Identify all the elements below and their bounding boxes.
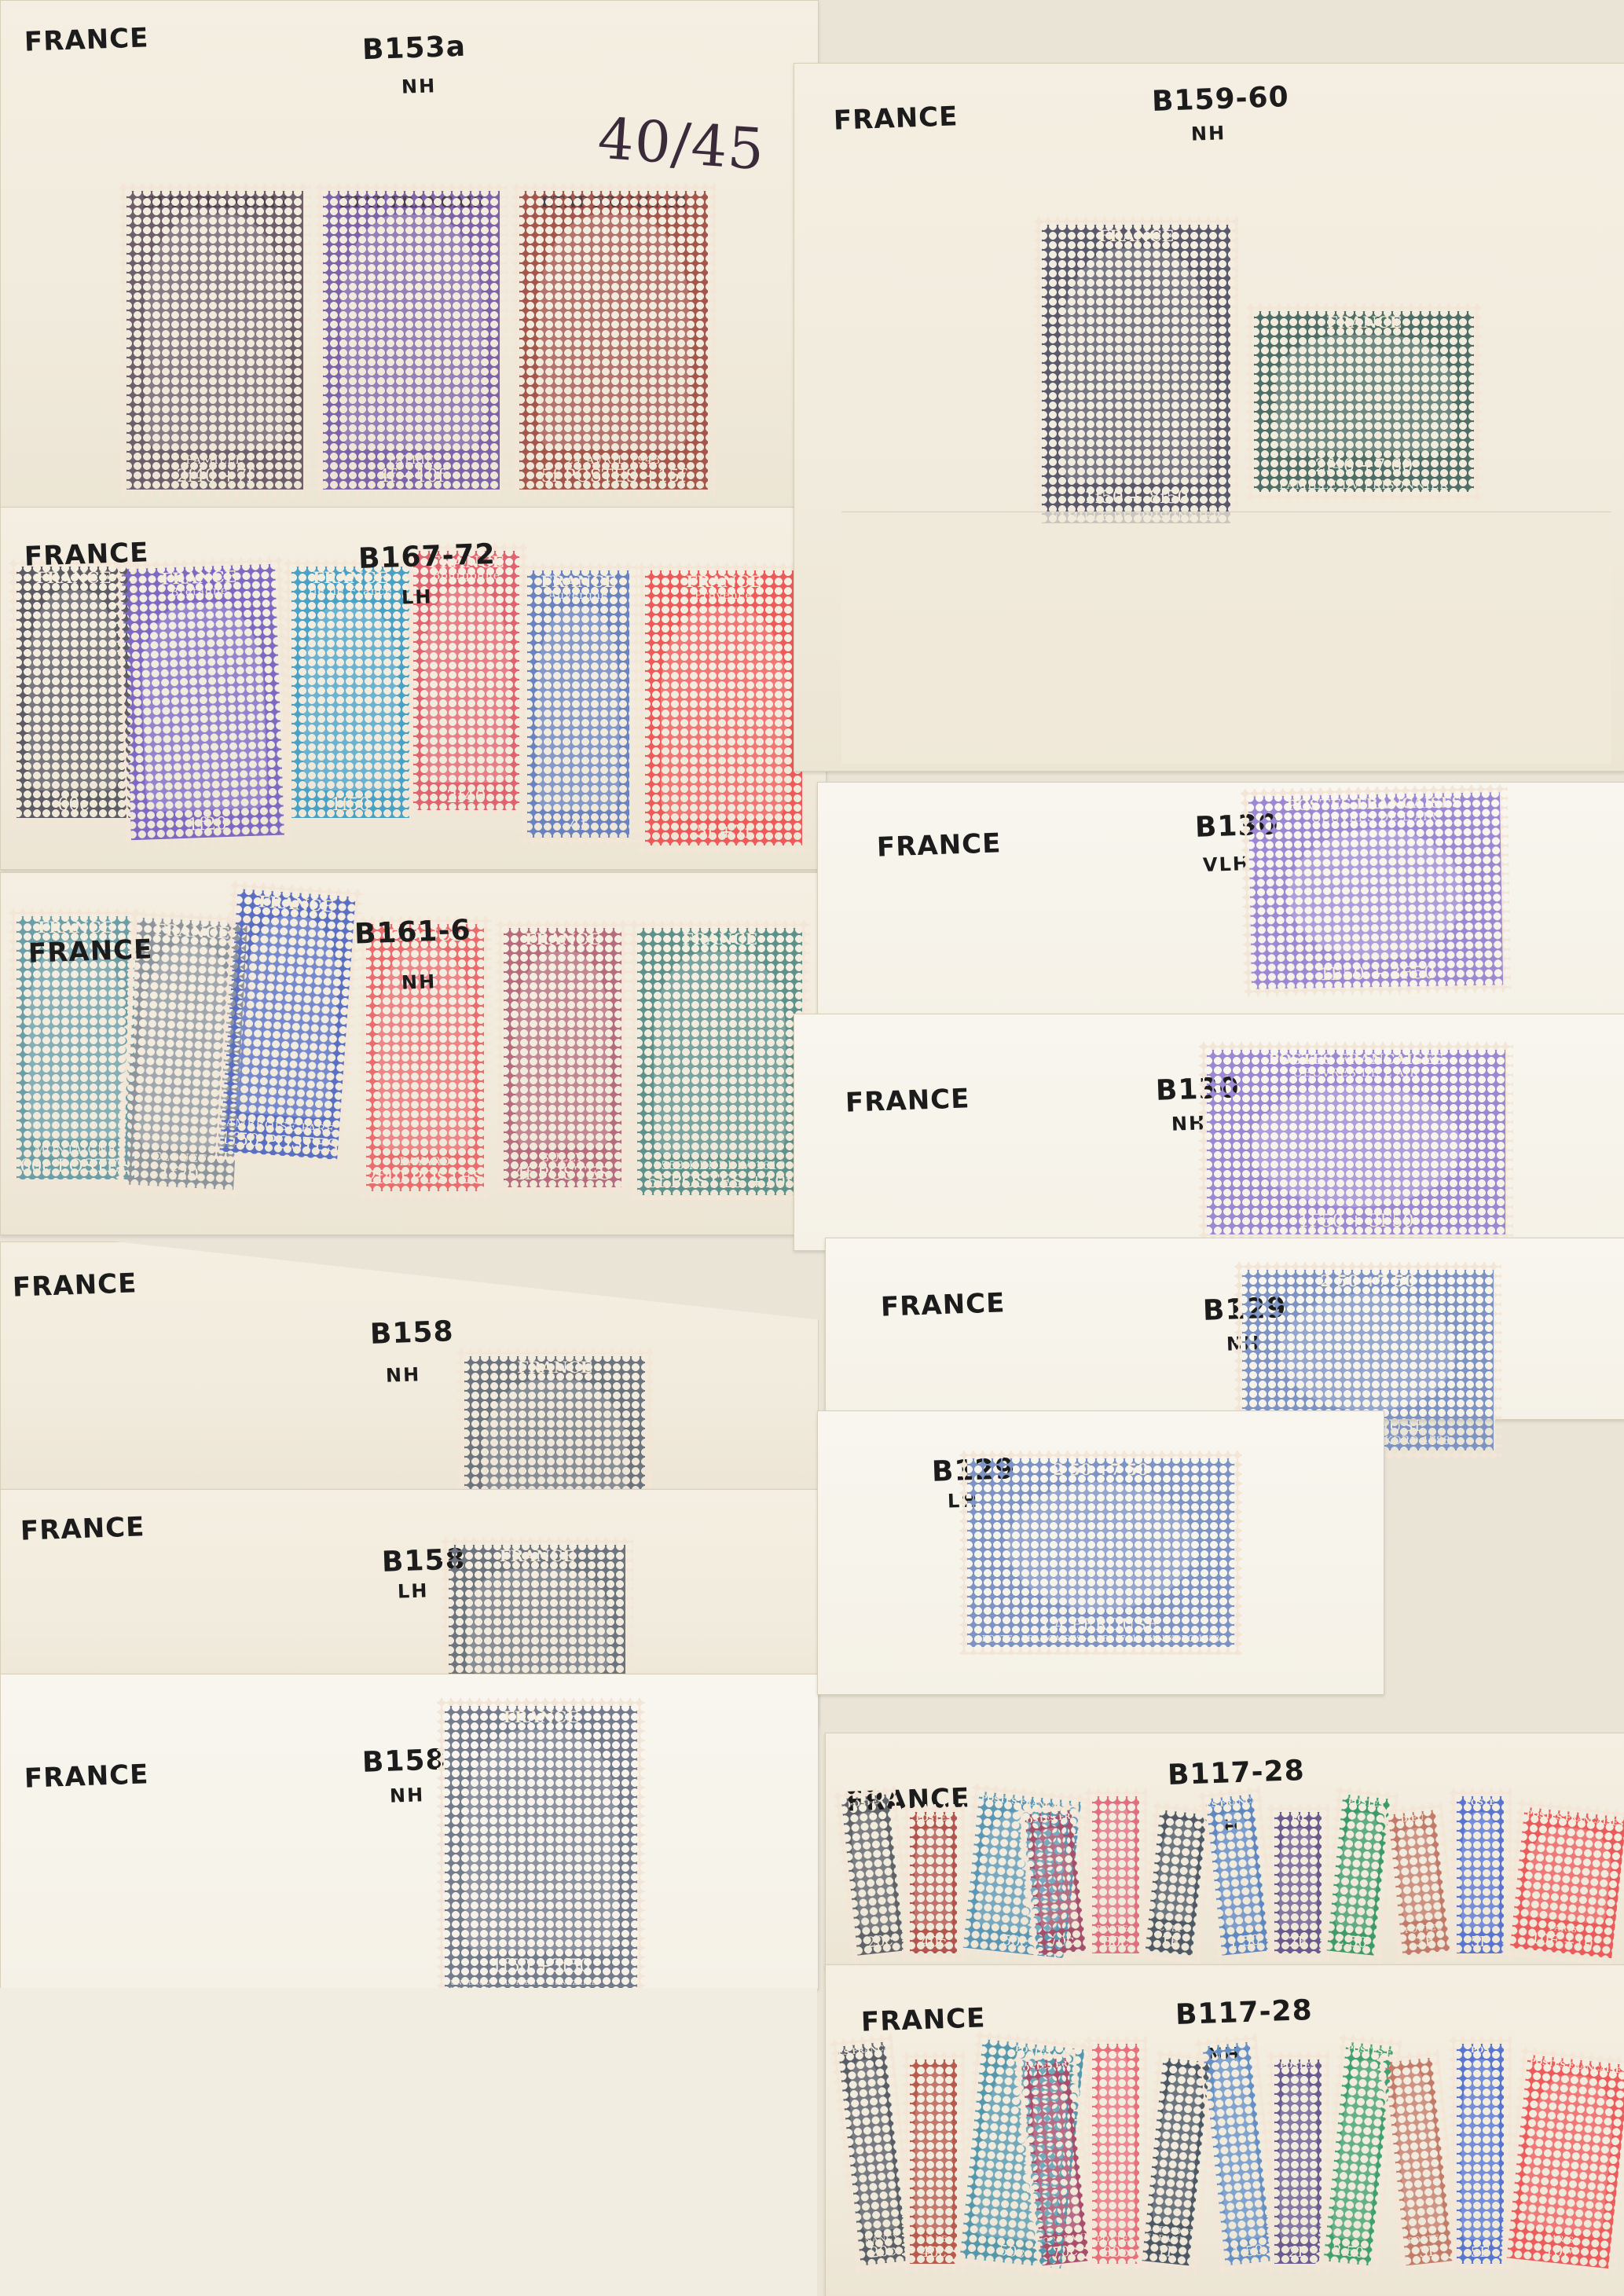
stamp-caption: SULLY	[541, 1152, 583, 1165]
stamp-value: 1f20	[159, 1163, 200, 1188]
stamp[interactable]: POSTES FRANCAISESOEUVRES DE L'AIR1F50 + …	[1199, 1042, 1513, 1242]
sleeve-b167-72[interactable]: FRANCE60c FRANCEBretagne1f20 FRANCEIle d…	[0, 507, 827, 870]
country-label: FRANCE	[876, 827, 1002, 864]
stamp-caption: 24 AVRIL 1943	[566, 454, 661, 467]
stamp-face: POSTES40c	[910, 1812, 957, 1953]
stamp[interactable]: ETAT FRANCAIS FAMILLE 2f40 +7f	[119, 183, 311, 497]
stamp-value: 5f POSTES +15f	[541, 467, 686, 490]
stamp-face: POSTES80c	[1092, 2044, 1139, 2264]
stamp[interactable]: POSTES FRANCAISES1.50	[1197, 1785, 1278, 1964]
stamp-design	[1061, 248, 1212, 483]
stamp-value: 2F	[1289, 2244, 1307, 2264]
stamp-header: ETAT FRANCAIS	[541, 191, 686, 210]
stamp-value: 2f40	[446, 787, 486, 810]
stamp-design	[1151, 2066, 1204, 2224]
stamp-value: 1F50 + 3F50	[1319, 963, 1435, 988]
stamp-value: 2f40 +7f	[177, 467, 254, 490]
stamp-face: CLEP1F	[1146, 1810, 1207, 1955]
stamp-header: FRANCE	[1326, 311, 1402, 330]
stamp[interactable]: FRANCE1f50 + 8f50FAMILLE DU PRISONNIER	[1034, 217, 1238, 531]
stamp-header: FRANCE	[38, 916, 113, 935]
stamp-design	[145, 215, 286, 449]
stamp-face: POSTES FRANCAISES1.50	[1205, 1794, 1269, 1955]
country-label: FRANCE	[20, 1511, 145, 1547]
country-label: FRANCE	[845, 1083, 970, 1119]
stamp-design	[1395, 1826, 1442, 1922]
stamp-header: 2 50 +7 50	[1320, 1270, 1415, 1289]
catalog-number: B159-60	[1151, 81, 1289, 118]
stamp-design	[1391, 2066, 1445, 2232]
stamp-design	[138, 600, 268, 812]
stamp-caption: LILLE	[919, 2235, 948, 2244]
stamp-face: POSTES3F	[1385, 2058, 1454, 2266]
stamp-header: POS	[1471, 2044, 1489, 2055]
stamp-caption: MONTAIGNE	[35, 1144, 117, 1157]
stamp-header: POSTES FRANCAISES	[1526, 1807, 1624, 1828]
stamp-caption: FAMILLE DV PRISONNIER	[1279, 479, 1449, 492]
stamp-value: 1f20	[187, 814, 227, 838]
sleeve-b129-nh[interactable]: FRANCE B129 NH 2 50 +7 50LA PEROUSEALBI …	[825, 1238, 1624, 1420]
stamp-design	[1461, 2059, 1499, 2239]
stamp-design	[1097, 1804, 1135, 1920]
stamp-design	[661, 607, 786, 818]
stamp-header: 2 50 +7 50	[1053, 1458, 1148, 1477]
stamp-value: 20c	[870, 2243, 897, 2265]
stamp-value: 5f +7f	[696, 823, 751, 845]
stamp[interactable]: FRANCE1553 HENRI IV 16105f POSTES +10f	[629, 920, 810, 1203]
stamp-value: 5F	[1471, 1934, 1490, 1953]
catalog-number: B161-6	[354, 914, 471, 950]
condition-label: NH	[401, 970, 437, 994]
stamp[interactable]: FRANCEBAYARD2f40 POSTES	[358, 916, 492, 1199]
stamp-value: 2.50	[1332, 2242, 1365, 2265]
stamp-face: POSTES20c	[841, 1794, 905, 1955]
stamp-caption: Auvergne	[548, 589, 608, 602]
stamp-design	[1208, 2050, 1265, 2241]
stamp[interactable]: DIEUPOSTES3F	[1380, 1801, 1458, 1964]
stamp-face: ETAT FRANCAIS FAMILLE 2f40 +7f	[126, 191, 303, 490]
stamp-value: 60c	[57, 795, 89, 818]
catalog-number: B158	[369, 1315, 454, 1351]
stamp-design	[1461, 1812, 1499, 1929]
stamp-header: FRANCE	[682, 928, 757, 947]
stamp[interactable]: POSTE5F	[1449, 1788, 1512, 1961]
stamp-header: POSTES FRANCAISES	[838, 2042, 908, 2061]
sleeve-b117-28-h[interactable]: FRANCE B117-28 H POSTES20cPOSTES40cPOSTE…	[825, 1733, 1624, 1970]
stamp[interactable]: FRANCEBourgogne2f40	[405, 543, 527, 818]
stamp-caption: PATRIE	[388, 454, 434, 467]
stamp-face: POSTES FRANCAISESPARIS10F	[1507, 2055, 1624, 2268]
stamp-design	[1252, 1084, 1461, 1207]
sleeve-b117-28-nh[interactable]: FRANCE B117-28 NH POSTES FRANCAISESNANCY…	[825, 1964, 1624, 2296]
sleeve-b159-60[interactable]: FRANCE B159-60 NH FRANCE1f50 + 8f50FAMIL…	[794, 63, 1624, 772]
stamp-header: POSTES FRANCAISES	[1205, 1794, 1269, 1813]
stamp-header: FRANCE	[500, 1545, 575, 1564]
stamp-value: 40c	[921, 1934, 947, 1953]
stamp-header: FRANCE	[1098, 225, 1174, 244]
stamp[interactable]: POSTES FRANCAISESPARIS10F +10	[1501, 1799, 1624, 1968]
stamp-face: ETAT FRANCAIS PATRIE 4f +10f	[323, 191, 500, 490]
stamp-strip: ETAT FRANCAIS FAMILLE 2f40 +7f ETAT FRAN…	[119, 183, 716, 497]
stamp-face: POSTES FRANCAISESNANCY20c	[838, 2042, 908, 2266]
stamp-value: POSTES FRANCAISES · ALBI 1741 · VANIKORO…	[982, 1634, 1220, 1647]
stamp[interactable]: FRANCEAuvergne4f	[519, 563, 637, 845]
stamp-value: 1f50 + 8f50	[1084, 488, 1189, 511]
stamp[interactable]: POSTES80c	[1084, 1788, 1147, 1961]
condition-label: NH	[401, 75, 437, 98]
stamp-header: DIEU	[1400, 1811, 1424, 1825]
stamp-design	[1097, 2052, 1135, 2231]
country-label: FRANCE	[880, 1287, 1006, 1323]
stamp-value: 40c	[921, 2244, 947, 2264]
stamp-header: POSTES	[915, 1812, 951, 1823]
stamp-header: FRANCE	[541, 570, 616, 589]
country-label: FRANCE	[27, 933, 153, 970]
country-label: FRANCE	[833, 101, 959, 137]
stamp-header: POSTES FRA	[1025, 1810, 1077, 1826]
stamp-value: 80c	[1103, 1934, 1129, 1953]
stamp-design	[1276, 335, 1452, 452]
stamp-header: FRANCE	[161, 565, 237, 586]
stamp-value: 3F	[1419, 2243, 1439, 2264]
stamp-caption: POSTES	[1097, 2235, 1135, 2244]
stamp-design	[915, 2067, 952, 2231]
stamp-caption: Bretagne	[170, 585, 229, 600]
stamp-value: 5f POSTES +10f	[647, 1172, 792, 1195]
stamp-value: 1.50	[1231, 2242, 1264, 2265]
stamp[interactable]: ETAT FRANCAIS PATRIE 4f +10f	[315, 183, 508, 497]
stamp[interactable]: FRANCESULLY4f POSTES	[496, 920, 629, 1195]
stamp-face: LILLE40c	[910, 2059, 957, 2264]
stamp-design	[234, 913, 342, 1119]
stamp-header: POSTES	[847, 1795, 884, 1810]
stamp-value: 1F	[1157, 2243, 1177, 2264]
stamp-design	[1212, 1810, 1261, 1931]
stamp-header: POSTES FRANCAISES	[1529, 2055, 1624, 2076]
stamp-design	[1280, 1293, 1456, 1411]
stamp[interactable]: POSTES20c	[833, 1785, 914, 1964]
stamp-design	[28, 940, 123, 1139]
stamp-design	[537, 607, 619, 810]
stamp-value: 20c	[866, 1932, 893, 1954]
stamp-value: 2f40 POSTES	[366, 1168, 484, 1191]
stamp-value: 4f	[570, 815, 587, 838]
stamp-face: 1.50	[1202, 2042, 1272, 2266]
stamp-design	[915, 1828, 952, 1929]
stamp-fan: POSTES20cPOSTES40cPOSTES FRANCAISES50cPO…	[841, 1788, 1624, 1969]
stamp-design	[1334, 1810, 1384, 1931]
stamp-header: FRANCE	[686, 570, 761, 589]
stamp-header: PO	[1292, 1812, 1304, 1823]
stamp-design	[1520, 2071, 1618, 2235]
stamp-face: POS5F	[1457, 2044, 1504, 2264]
stamp-design	[848, 1810, 897, 1931]
stamp-value: 1.50	[1228, 1931, 1261, 1954]
stamp[interactable]: POSTES FRANCAISESOEUVRES DE L'AIR1F50 + …	[1241, 784, 1512, 997]
stamp-design	[1007, 1482, 1194, 1610]
stamp-value: 70c	[1047, 1932, 1075, 1954]
stamp-value: 10F	[1544, 2243, 1574, 2265]
stamp-value: 5F	[1471, 2244, 1490, 2264]
catalog-number: B167-72	[357, 538, 496, 575]
catalog-number: B158	[361, 1744, 446, 1779]
stamp-value: 70c	[1050, 2243, 1078, 2265]
stamp-design	[28, 590, 119, 790]
stamp-header: POSTE	[1465, 1796, 1495, 1807]
stamp-design	[1027, 2074, 1080, 2232]
catalog-number: B117-28	[1175, 1994, 1313, 2031]
sleeve-b153a[interactable]: FRANCE B153a NH 40/45 ETAT FRANCAIS FAMI…	[0, 0, 819, 512]
stamp-design	[424, 587, 509, 783]
stamp-design	[467, 1568, 608, 1674]
sleeve-b130-nh[interactable]: FRANCE B130 NH POSTES FRANCAISESOEUVRES …	[794, 1014, 1624, 1251]
stamp-face: POSTES2F	[1274, 2059, 1322, 2264]
stamp-design	[464, 1729, 618, 1952]
stamp-header: FRANCE	[504, 1706, 579, 1725]
stamp-header: ETAT FRANCAIS	[339, 191, 484, 210]
stamp-design	[1287, 827, 1465, 961]
stamp-header: POSTES	[1280, 2059, 1316, 2070]
stamp-design	[538, 215, 689, 449]
stamp-value: 1f50 +3f50	[492, 1957, 591, 1979]
stamp-face: POSTES FRANCAISESPARIS10F +10	[1510, 1807, 1624, 1959]
price-note: 40/45	[596, 105, 767, 183]
stamp-caption: FAMILLE	[185, 454, 244, 467]
stamp-header: FRANCE	[525, 928, 600, 947]
stamp[interactable]: FRANCEIle de France1f50	[284, 559, 417, 826]
stamp-face: ETAT FRANCAIS 24 AVRIL 1943 5f POSTES +1…	[519, 191, 708, 490]
catalog-number: B153a	[361, 31, 466, 67]
stamp-design	[1153, 1818, 1201, 1922]
condition-label: NH	[390, 1784, 425, 1807]
bottom-left-sleeve	[0, 1988, 817, 2296]
condition-label: NH	[386, 1363, 421, 1387]
stamp-header: POSTES FRANCAISES	[1268, 1050, 1443, 1067]
stamp-value: 1F	[1160, 1932, 1180, 1953]
stamp[interactable]: FRANCEBretagne1f20	[114, 556, 293, 848]
stamp-header: FRANCE	[154, 919, 230, 941]
stamp-value: 4f POSTES	[515, 1165, 611, 1187]
stamp[interactable]: FRANCE2f40 +7.60FAMILLE DV PRISONNIER	[1246, 303, 1482, 500]
stamp-caption: BAYARD	[399, 1156, 451, 1168]
stamp-caption: OEUVRES DE L'AIR	[1293, 1067, 1419, 1080]
sleeve-b130-vlh[interactable]: FRANCE B130 VLH POSTES FRANCAISESOEUVRES…	[817, 782, 1624, 1019]
stamp-value: 80c	[1103, 2244, 1129, 2264]
stamp[interactable]: FRANCEAMBROISE PARE1f50 POSTES	[211, 881, 364, 1168]
stamp-caption: 1553 HENRI IV 1610	[654, 1160, 786, 1172]
sleeve-b161-6[interactable]: FRANCEMONTAIGNE60c POSTES FRANCECLOUET1f…	[0, 872, 819, 1235]
stamp-value: 1f50	[331, 795, 370, 818]
stamp-design	[341, 215, 482, 449]
sleeve-b158-nh-1[interactable]: FRANCE B158 NH FRANCE1f50 +3f50	[0, 1242, 819, 1502]
stamp-caption: POSTES	[1097, 1925, 1135, 1934]
stamp[interactable]: ETAT FRANCAIS 24 AVRIL 1943 5f POSTES +1…	[511, 183, 716, 497]
stamp-header: FRANCE	[258, 890, 334, 915]
stamp-header: FRANCE	[517, 1356, 592, 1375]
stamp[interactable]: POSTES FRANCAISESPARIS10F	[1498, 2046, 1624, 2277]
condition-label: NH	[1191, 122, 1226, 145]
stamp-face: PO2F	[1274, 1812, 1322, 1953]
sleeve-b129-lh[interactable]: B129 LH 2 50 +7 50LA PEROUSEPOSTES FRANC…	[817, 1410, 1384, 1695]
stamp-value: 2F	[1289, 1934, 1307, 1953]
stamp[interactable]: FRANCEProvence5f +7f	[637, 563, 810, 853]
stamp-value: 50c	[1001, 1932, 1028, 1954]
stamp-fan: POSTES FRANCAISESNANCY20cLILLE40cPOSTES5…	[841, 2036, 1624, 2287]
stamp-caption: OEUVRES DE L'AIR	[1311, 811, 1437, 826]
condition-label: LH	[398, 1579, 429, 1602]
stamp[interactable]: 2 50 +7 50LA PEROUSEPOSTES FRANCAISES · …	[959, 1451, 1242, 1655]
stamp-caption: Ile de France	[308, 585, 392, 598]
catalog-number: B117-28	[1167, 1755, 1305, 1792]
lower-sleeve-strip	[841, 512, 1611, 764]
country-label: FRANCE	[24, 1759, 149, 1795]
stamp-header: ETAT FRANCAIS	[142, 191, 288, 210]
stamp-value: 4f +10f	[379, 467, 445, 490]
country-label: FRANCE	[24, 22, 149, 58]
stamp-design	[515, 952, 610, 1147]
stamp-value: 10F +10	[1530, 1931, 1593, 1957]
stamp-value: 2.50	[1335, 1931, 1368, 1954]
stamp-face: POSTES FRA70c	[1025, 1810, 1086, 1955]
stamp-design	[1031, 1826, 1079, 1931]
country-label: FRANCE	[24, 537, 149, 573]
stamp-value: 50c	[997, 2243, 1025, 2265]
condition-label: LH	[401, 585, 433, 608]
stamp-design	[303, 603, 398, 790]
stamp-value: 1F50 + 3F50	[1299, 1212, 1414, 1234]
stamp-value: 3F	[1415, 1932, 1435, 1953]
stamp-design	[1279, 2075, 1317, 2239]
country-label: FRANCE	[860, 2002, 986, 2038]
stamp[interactable]: FRANCE1f50 +3f50DUNKERQUE · LORIENT · St…	[437, 1698, 645, 2004]
country-label: FRANCE	[12, 1267, 137, 1304]
stamp-design	[845, 2058, 900, 2232]
stamp-design	[654, 952, 786, 1155]
stamp-face: POSTES FRABORDEAUX70c	[1021, 2058, 1089, 2266]
stamp-face: POSTES80c	[1092, 1796, 1139, 1953]
stamp-value: 2f40 +7.60	[1315, 457, 1413, 479]
stamp-header: POSTES FRA	[1021, 2058, 1073, 2074]
sleeve-b158-nh-2[interactable]: FRANCE B158 NH FRANCE1f50 +3f50DUNKERQUE…	[0, 1674, 819, 1990]
stamp-face: DIEUPOSTES3F	[1388, 1810, 1450, 1955]
stamp-face: POSTE5F	[1457, 1796, 1504, 1953]
stamp-design	[1523, 1824, 1615, 1924]
stamp-value: 60c POSTES	[20, 1157, 130, 1179]
stamp-caption: Provence	[695, 589, 753, 602]
stamp-caption: LA PEROUSE	[1043, 1615, 1160, 1634]
stamp-design	[1279, 1828, 1317, 1929]
